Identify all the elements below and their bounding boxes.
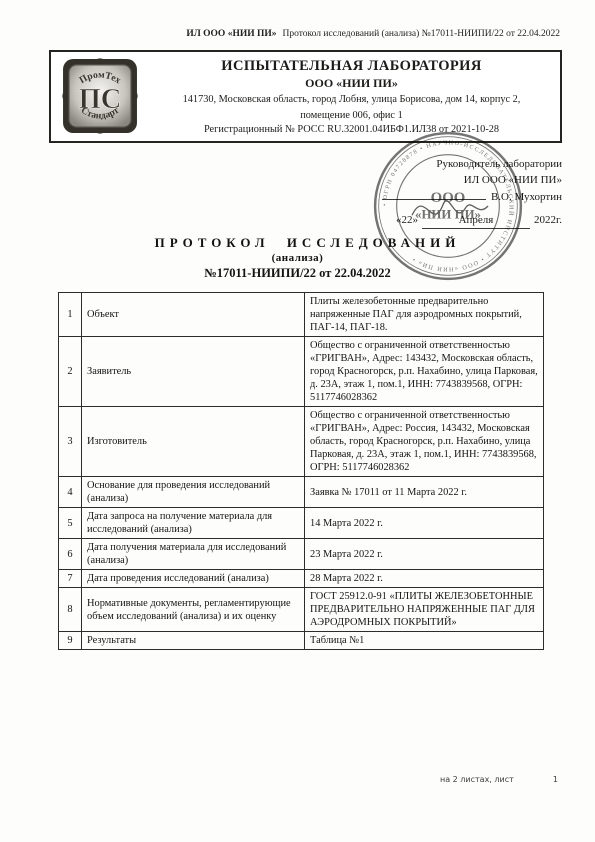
table-row: 3 Изготовитель Общество с ограниченной о… [59, 407, 544, 477]
row-number: 5 [59, 508, 82, 539]
lab-org-name: ООО «НИИ ПИ» [147, 76, 556, 91]
table-row: 8 Нормативные документы, регламентирующи… [59, 588, 544, 632]
row-number: 2 [59, 337, 82, 407]
row-label: Изготовитель [82, 407, 305, 477]
row-number: 6 [59, 539, 82, 570]
row-label: Дата получения материала для исследовани… [82, 539, 305, 570]
lab-header-text: ИСПЫТАТЕЛЬНАЯ ЛАБОРАТОРИЯ ООО «НИИ ПИ» 1… [147, 57, 556, 137]
page-footer: на 2 листах, лист 1 [440, 775, 558, 784]
running-header-text: Протокол исследований (анализа) №17011-Н… [283, 29, 560, 39]
protocol-title-block: ПРОТОКОЛ ИССЛЕДОВАНИЙ (анализа) №17011-Н… [0, 235, 595, 281]
table-row: 1 Объект Плиты железобетонные предварите… [59, 293, 544, 337]
row-number: 8 [59, 588, 82, 632]
running-header-org: ИЛ ООО «НИИ ПИ» [186, 29, 276, 39]
row-value: Общество с ограниченной ответственностью… [305, 407, 544, 477]
row-number: 9 [59, 632, 82, 650]
table-row: 5 Дата запроса на получение материала дл… [59, 508, 544, 539]
row-label: Результаты [82, 632, 305, 650]
row-number: 4 [59, 477, 82, 508]
promtech-standard-logo-icon: ПромТех ПС Стандарт [58, 54, 142, 138]
row-value: 14 Марта 2022 г. [305, 508, 544, 539]
signature-year: 2022г. [534, 214, 562, 226]
running-header: ИЛ ООО «НИИ ПИ»Протокол исследований (ан… [186, 29, 560, 39]
row-label: Заявитель [82, 337, 305, 407]
lab-address-line1: 141730, Московская область, город Лобня,… [147, 94, 556, 107]
lab-address-line2: помещение 006, офис 1 [147, 110, 556, 123]
stamp-center-line2: «НИИ ПИ» [415, 207, 481, 221]
protocol-table: 1 Объект Плиты железобетонные предварите… [58, 292, 544, 650]
row-number: 1 [59, 293, 82, 337]
footer-page-number: 1 [553, 775, 558, 784]
row-value: 23 Марта 2022 г. [305, 539, 544, 570]
stamp-center-line1: ООО [431, 190, 466, 206]
row-label: Основание для проведения исследований (а… [82, 477, 305, 508]
lab-title: ИСПЫТАТЕЛЬНАЯ ЛАБОРАТОРИЯ [147, 57, 556, 75]
row-value: ГОСТ 25912.0-91 «ПЛИТЫ ЖЕЛЕЗОБЕТОННЫЕ ПР… [305, 588, 544, 632]
table-row: 7 Дата проведения исследований (анализа)… [59, 570, 544, 588]
footer-sheets-label: на 2 листах, лист [440, 775, 514, 784]
row-value: Общество с ограниченной ответственностью… [305, 337, 544, 407]
table-row: 6 Дата получения материала для исследова… [59, 539, 544, 570]
row-number: 7 [59, 570, 82, 588]
protocol-number: №17011-НИИПИ/22 от 22.04.2022 [0, 266, 595, 281]
row-value: Заявка № 17011 от 11 Марта 2022 г. [305, 477, 544, 508]
protocol-title: ПРОТОКОЛ ИССЛЕДОВАНИЙ [10, 235, 595, 251]
row-label: Объект [82, 293, 305, 337]
row-number: 3 [59, 407, 82, 477]
row-value: Плиты железобетонные предварительно напр… [305, 293, 544, 337]
row-label: Дата проведения исследований (анализа) [82, 570, 305, 588]
row-value: 28 Марта 2022 г. [305, 570, 544, 588]
protocol-subtitle: (анализа) [0, 252, 595, 264]
row-label: Нормативные документы, регламентирующие … [82, 588, 305, 632]
row-label: Дата запроса на получение материала для … [82, 508, 305, 539]
row-value: Таблица №1 [305, 632, 544, 650]
table-row: 9 Результаты Таблица №1 [59, 632, 544, 650]
table-row: 4 Основание для проведения исследований … [59, 477, 544, 508]
table-row: 2 Заявитель Общество с ограниченной отве… [59, 337, 544, 407]
